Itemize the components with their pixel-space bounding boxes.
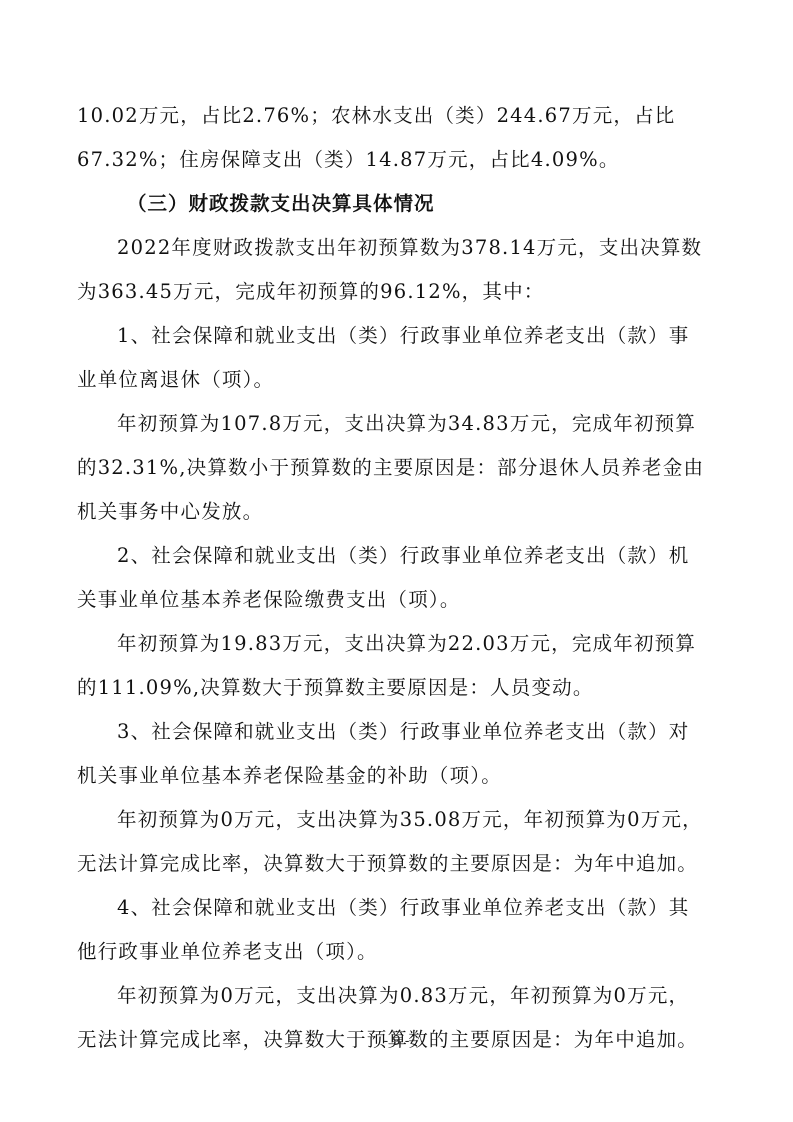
- item-heading: 3、社会保障和就业支出（类）行政事业单位养老支出（款）对: [117, 712, 690, 752]
- paragraph-line: 年初预算为19.83万元，支出决算为22.03万元，完成年初预算: [117, 624, 696, 664]
- item-heading: 业单位离退休（项）。: [77, 360, 274, 400]
- paragraph-line: 为363.45万元，完成年初预算的96.12%，其中：: [77, 272, 544, 312]
- paragraph-line: 67.32%；住房保障支出（类）14.87万元，占比4.09%。: [77, 140, 620, 180]
- item-heading: 他行政事业单位养老支出（项）。: [77, 932, 378, 972]
- item-heading: 4、社会保障和就业支出（类）行政事业单位养老支出（款）其: [117, 888, 690, 928]
- item-heading: 2、社会保障和就业支出（类）行政事业单位养老支出（款）机: [117, 536, 690, 576]
- paragraph-line: 年初预算为0万元，支出决算为35.08万元，年初预算为0万元，: [117, 800, 703, 840]
- paragraph-line: 机关事务中心发放。: [77, 492, 263, 532]
- section-heading: （三）财政拨款支出决算具体情况: [127, 184, 435, 224]
- paragraph-line: 年初预算为107.8万元，支出决算为34.83万元，完成年初预算: [117, 404, 696, 444]
- paragraph-line: 无法计算完成比率，决算数大于预算数的主要原因是：为年中追加。: [77, 844, 698, 884]
- item-heading: 1、社会保障和就业支出（类）行政事业单位养老支出（款）事: [117, 316, 690, 356]
- item-heading: 关事业单位基本养老保险缴费支出（项）。: [77, 580, 461, 620]
- paragraph-line: 年初预算为0万元，支出决算为0.83万元，年初预算为0万元，: [117, 976, 689, 1016]
- paragraph-line: 的111.09%,决算数大于预算数主要原因是：人员变动。: [77, 668, 594, 708]
- page-number: - 9 -: [0, 1034, 793, 1049]
- paragraph-line: 10.02万元，占比2.76%；农林水支出（类）244.67万元，占比: [77, 96, 676, 136]
- paragraph-line: 的32.31%,决算数小于预算数的主要原因是：部分退休人员养老金由: [77, 448, 704, 488]
- item-heading: 机关事业单位基本养老保险基金的补助（项）。: [77, 756, 502, 796]
- paragraph-line: 2022年度财政拨款支出年初预算数为378.14万元，支出决算数: [117, 228, 702, 268]
